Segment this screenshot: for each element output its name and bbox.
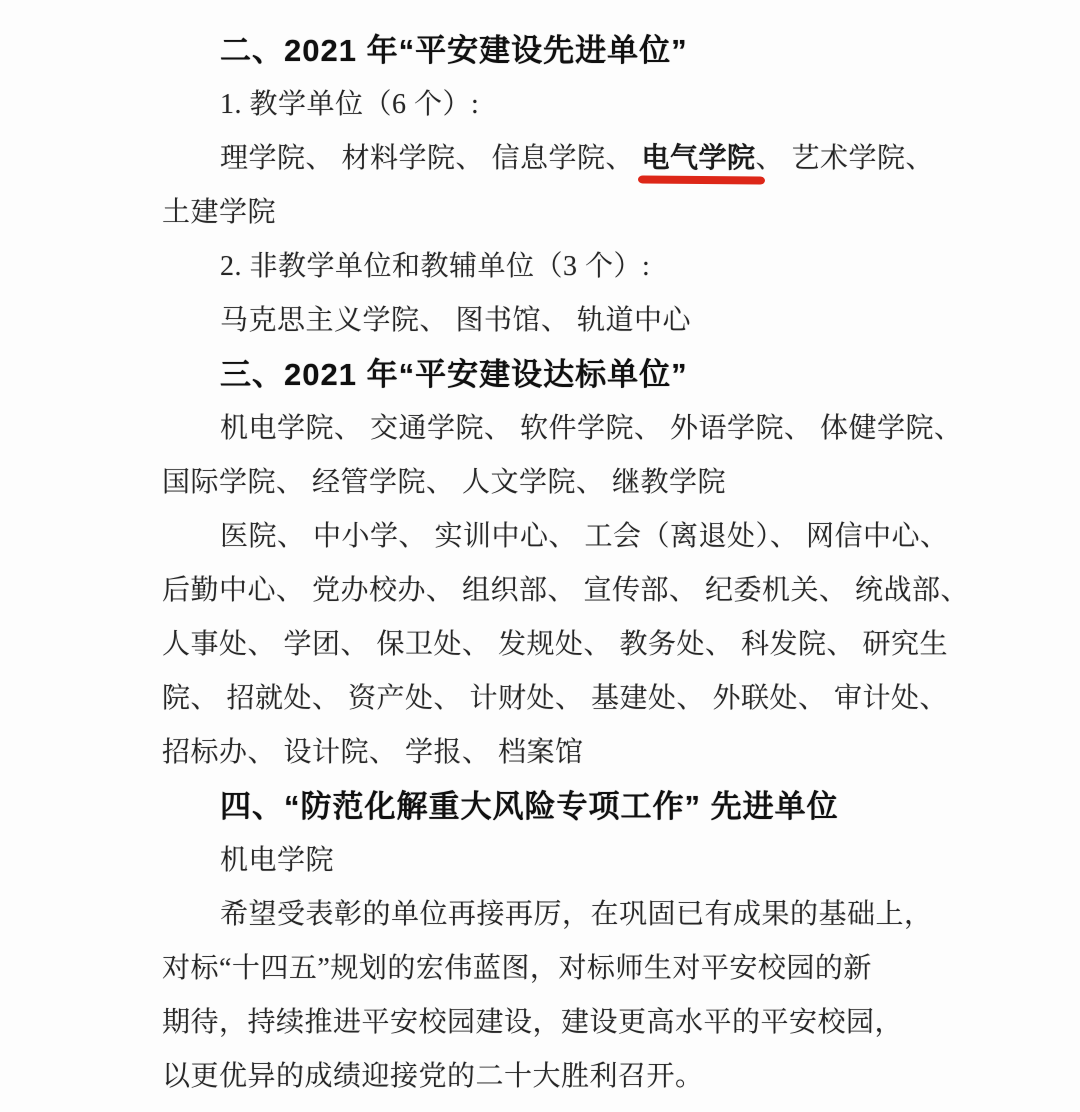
non-teaching-units-list: 马克思主义学院、 图书馆、 轨道中心 bbox=[162, 294, 1050, 348]
teaching-units-list-line-1: 理学院、 材料学院、 信息学院、 电气学院、 艺术学院、 bbox=[162, 132, 1050, 186]
teaching-units-list-line-2: 土建学院 bbox=[162, 186, 1050, 240]
section-heading-risk-prevention: 四、“防范化解重大风险专项工作” 先进单位 bbox=[162, 780, 1050, 834]
highlighted-unit-text: 电气学院 bbox=[642, 143, 756, 174]
closing-paragraph-line-1: 希望受表彰的单位再接再厉，在巩固已有成果的基础上， bbox=[162, 888, 1050, 942]
document-page: 二、2021 年“平安建设先进单位” 1. 教学单位（6 个）: 理学院、 材料… bbox=[0, 0, 1080, 1112]
standard-units-list-line-7: 招标办、 设计院、 学报、 档案馆 bbox=[162, 726, 1050, 780]
list-text-after-highlight: 、 艺术学院、 bbox=[756, 143, 935, 174]
risk-prevention-unit: 机电学院 bbox=[162, 834, 1050, 888]
closing-paragraph-line-3: 期待，持续推进平安校园建设，建设更高水平的平安校园， bbox=[162, 996, 1050, 1050]
notice-body: 二、2021 年“平安建设先进单位” 1. 教学单位（6 个）: 理学院、 材料… bbox=[0, 0, 1080, 1104]
closing-paragraph-line-2: 对标“十四五”规划的宏伟蓝图，对标师生对平安校园的新 bbox=[162, 942, 1050, 996]
standard-units-list-line-3: 医院、 中小学、 实训中心、 工会（离退处）、 网信中心、 bbox=[162, 510, 1050, 564]
non-teaching-units-label: 2. 非教学单位和教辅单位（3 个）: bbox=[162, 240, 1050, 294]
closing-paragraph-line-4: 以更优异的成绩迎接党的二十大胜利召开。 bbox=[162, 1050, 1050, 1104]
red-underline-mark bbox=[637, 175, 764, 184]
teaching-units-label: 1. 教学单位（6 个）: bbox=[162, 78, 1050, 132]
standard-units-list-line-4: 后勤中心、 党办校办、 组织部、 宣传部、 纪委机关、 统战部、 bbox=[162, 564, 1050, 618]
highlighted-unit: 电气学院 bbox=[642, 132, 756, 186]
standard-units-list-line-1: 机电学院、 交通学院、 软件学院、 外语学院、 体健学院、 bbox=[162, 402, 1050, 456]
list-text-before-highlight: 理学院、 材料学院、 信息学院、 bbox=[220, 143, 642, 174]
section-heading-advanced-units: 二、2021 年“平安建设先进单位” bbox=[162, 24, 1050, 78]
standard-units-list-line-6: 院、 招就处、 资产处、 计财处、 基建处、 外联处、 审计处、 bbox=[162, 672, 1050, 726]
section-heading-standard-units: 三、2021 年“平安建设达标单位” bbox=[162, 348, 1050, 402]
standard-units-list-line-5: 人事处、 学团、 保卫处、 发规处、 教务处、 科发院、 研究生 bbox=[162, 618, 1050, 672]
standard-units-list-line-2: 国际学院、 经管学院、 人文学院、 继教学院 bbox=[162, 456, 1050, 510]
